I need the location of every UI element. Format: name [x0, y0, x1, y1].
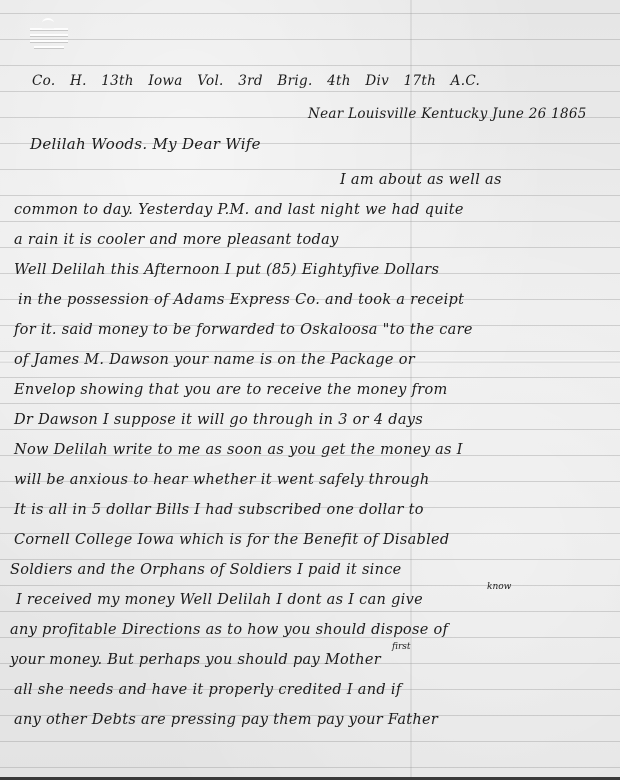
body-line-17: your money. But perhaps you should pay M… [10, 652, 381, 668]
body-line-2: common to day. Yesterday P.M. and last n… [14, 202, 464, 218]
body-line-15: I received my money Well Delilah I dont … [16, 592, 423, 608]
body-line-7: of James M. Dawson your name is on the P… [14, 352, 415, 368]
salutation: Delilah Woods. My Dear Wife [30, 135, 261, 153]
unit-heading: Co. H. 13th Iowa Vol. 3rd Brig. 4th Div … [32, 73, 480, 89]
body-line-5: in the possession of Adams Express Co. a… [18, 292, 464, 308]
body-line-8: Envelop showing that you are to receive … [14, 382, 448, 398]
body-line-16: any profitable Directions as to how you … [10, 622, 448, 638]
embossed-stationery-stamp-icon [28, 18, 70, 54]
body-line-13: Cornell College Iowa which is for the Be… [14, 532, 450, 548]
letter-page: Co. H. 13th Iowa Vol. 3rd Brig. 4th Div … [0, 0, 620, 780]
body-line-6: for it. said money to be forwarded to Os… [14, 322, 473, 338]
body-line-14: Soldiers and the Orphans of Soldiers I p… [10, 562, 402, 578]
body-line-12: It is all in 5 dollar Bills I had subscr… [14, 502, 424, 518]
body-line-9: Dr Dawson I suppose it will go through i… [14, 412, 423, 428]
body-line-3: a rain it is cooler and more pleasant to… [14, 232, 339, 248]
body-line-1: I am about as well as [340, 172, 502, 188]
body-line-4: Well Delilah this Afternoon I put (85) E… [14, 262, 439, 278]
place-and-date: Near Louisville Kentucky June 26 1865 [308, 106, 587, 122]
body-line-19: any other Debts are pressing pay them pa… [14, 712, 438, 728]
body-line-18: all she needs and have it properly credi… [14, 682, 402, 698]
body-line-10: Now Delilah write to me as soon as you g… [14, 442, 463, 458]
inserted-word-first: first [392, 642, 411, 652]
inserted-word-know: know [487, 582, 511, 592]
body-line-11: will be anxious to hear whether it went … [14, 472, 430, 488]
